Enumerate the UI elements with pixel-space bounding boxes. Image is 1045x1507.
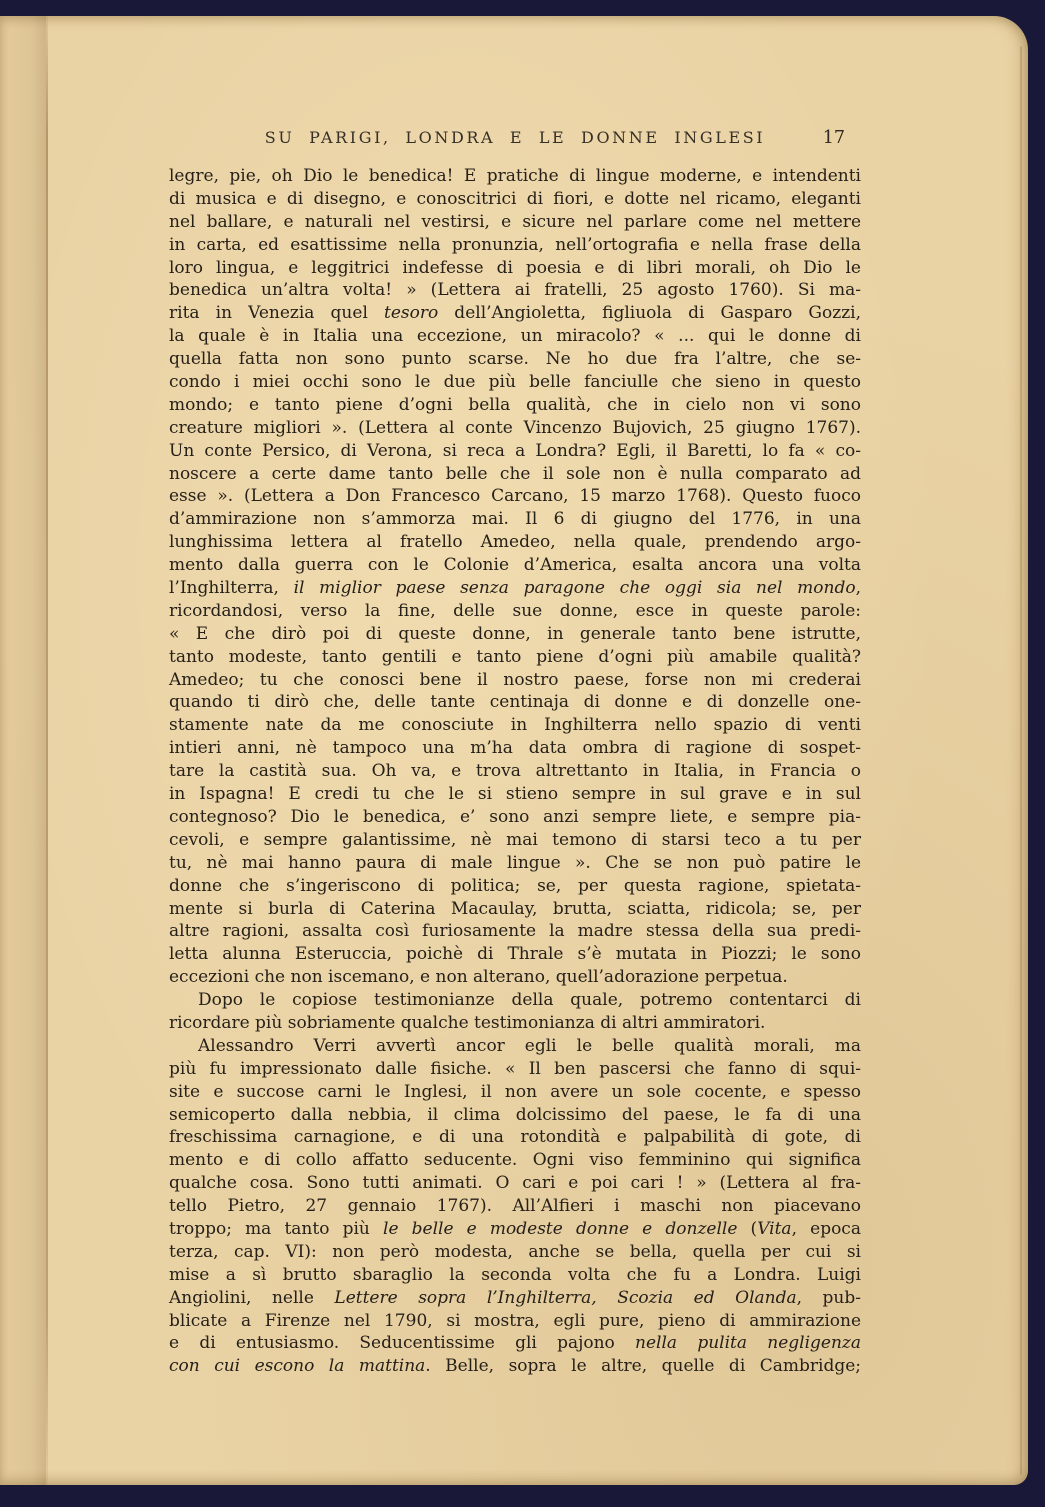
text-line: Un conte Persico, di Verona, si reca a L… <box>169 440 861 463</box>
text-line: cevoli, e sempre galantissime, nè mai te… <box>169 829 861 852</box>
page-body-text: legre, pie, oh Dio le benedica! E pratic… <box>169 165 861 1378</box>
text-line: mento dalla guerra con le Colonie d’Amer… <box>169 554 861 577</box>
text-line: troppo; ma tanto più le belle e modeste … <box>169 1218 861 1241</box>
text-line: mise a sì brutto sbaraglio la seconda vo… <box>169 1264 861 1287</box>
gutter-crease-line <box>46 16 48 1485</box>
text-line: con cui escono la mattina. Belle, sopra … <box>169 1355 861 1378</box>
spine-shadow <box>0 16 46 1485</box>
text-line: blicate a Firenze nel 1790, si mostra, e… <box>169 1310 861 1333</box>
book-page: SU PARIGI, LONDRA E LE DONNE INGLESI 17 … <box>0 16 1028 1485</box>
text-line: stamente nate da me conosciute in Inghil… <box>169 714 861 737</box>
text-line: e di entusiasmo. Seducentissime gli pajo… <box>169 1332 861 1355</box>
text-line: rita in Venezia quel tesoro dell’Angiole… <box>169 302 861 325</box>
text-line: altre ragioni, assalta così furiosamente… <box>169 920 861 943</box>
text-line: ricordandosi, verso la fine, delle sue d… <box>169 600 861 623</box>
text-line: mondo; e tanto piene d’ogni bella qualit… <box>169 394 861 417</box>
text-line: nel ballare, e naturali nel vestirsi, e … <box>169 211 861 234</box>
text-line: terza, cap. VI): non però modesta, anche… <box>169 1241 861 1264</box>
text-line: semicoperto dalla nebbia, il clima dolci… <box>169 1104 861 1127</box>
text-line: intieri anni, nè tampoco una m’ha data o… <box>169 737 861 760</box>
text-line: creature migliori ». (Lettera al conte V… <box>169 417 861 440</box>
photo-background: { "page": { "header": { "title": "SU PAR… <box>0 0 1045 1507</box>
text-line: Alessandro Verri avvertì ancor egli le b… <box>169 1035 861 1058</box>
text-line: d’ammirazione non s’ammorza mai. Il 6 di… <box>169 508 861 531</box>
running-head: SU PARIGI, LONDRA E LE DONNE INGLESI 17 <box>169 128 861 156</box>
text-line: tu, nè mai hanno paura di male lingue ».… <box>169 852 861 875</box>
text-line: di musica e di disegno, e conoscitrici d… <box>169 188 861 211</box>
text-line: tello Pietro, 27 gennaio 1767). All’Alfi… <box>169 1195 861 1218</box>
page-edge-line <box>1020 46 1022 1475</box>
text-line: condo i miei occhi sono le due più belle… <box>169 371 861 394</box>
text-line: la quale è in Italia una eccezione, un m… <box>169 325 861 348</box>
text-line: benedica un’altra volta! » (Lettera ai f… <box>169 279 861 302</box>
text-line: in Ispagna! E credi tu che le si stieno … <box>169 783 861 806</box>
text-line: « E che dirò poi di queste donne, in gen… <box>169 623 861 646</box>
text-line: mente si burla di Caterina Macaulay, bru… <box>169 898 861 921</box>
text-line: tare la castità sua. Oh va, e trova altr… <box>169 760 861 783</box>
text-line: loro lingua, e leggitrici indefesse di p… <box>169 257 861 280</box>
text-line: l’Inghilterra, il miglior paese senza pa… <box>169 577 861 600</box>
text-line: site e succose carni le Inglesi, il non … <box>169 1081 861 1104</box>
text-line: mento e di collo affatto seducente. Ogni… <box>169 1149 861 1172</box>
text-line: più fu impressionato dalle fisiche. « Il… <box>169 1058 861 1081</box>
text-line: qualche cosa. Sono tutti animati. O cari… <box>169 1172 861 1195</box>
text-line: quella fatta non sono punto scarse. Ne h… <box>169 348 861 371</box>
text-line: legre, pie, oh Dio le benedica! E pratic… <box>169 165 861 188</box>
text-line: lunghissima lettera al fratello Amedeo, … <box>169 531 861 554</box>
text-line: quando ti dirò che, delle tante centinaj… <box>169 691 861 714</box>
text-line: Angiolini, nelle Lettere sopra l’Inghilt… <box>169 1287 861 1310</box>
text-line: contegnoso? Dio le benedica, e’ sono anz… <box>169 806 861 829</box>
page-number: 17 <box>823 128 845 148</box>
text-line: esse ». (Lettera a Don Francesco Carcano… <box>169 485 861 508</box>
text-line: letta alunna Esteruccia, poichè di Thral… <box>169 943 861 966</box>
text-line: ricordare più sobriamente qualche testim… <box>169 1012 861 1035</box>
text-line: noscere a certe dame tanto belle che il … <box>169 463 861 486</box>
header-title: SU PARIGI, LONDRA E LE DONNE INGLESI <box>169 128 861 147</box>
text-line: in carta, ed esattissime nella pronunzia… <box>169 234 861 257</box>
text-line: Dopo le copiose testimonianze della qual… <box>169 989 861 1012</box>
text-line: donne che s’ingeriscono di politica; se,… <box>169 875 861 898</box>
text-line: freschissima carnagione, e di una rotond… <box>169 1126 861 1149</box>
text-line: Amedeo; tu che conosci bene il nostro pa… <box>169 669 861 692</box>
text-line: eccezioni che non iscemano, e non altera… <box>169 966 861 989</box>
text-line: tanto modeste, tanto gentili e tanto pie… <box>169 646 861 669</box>
